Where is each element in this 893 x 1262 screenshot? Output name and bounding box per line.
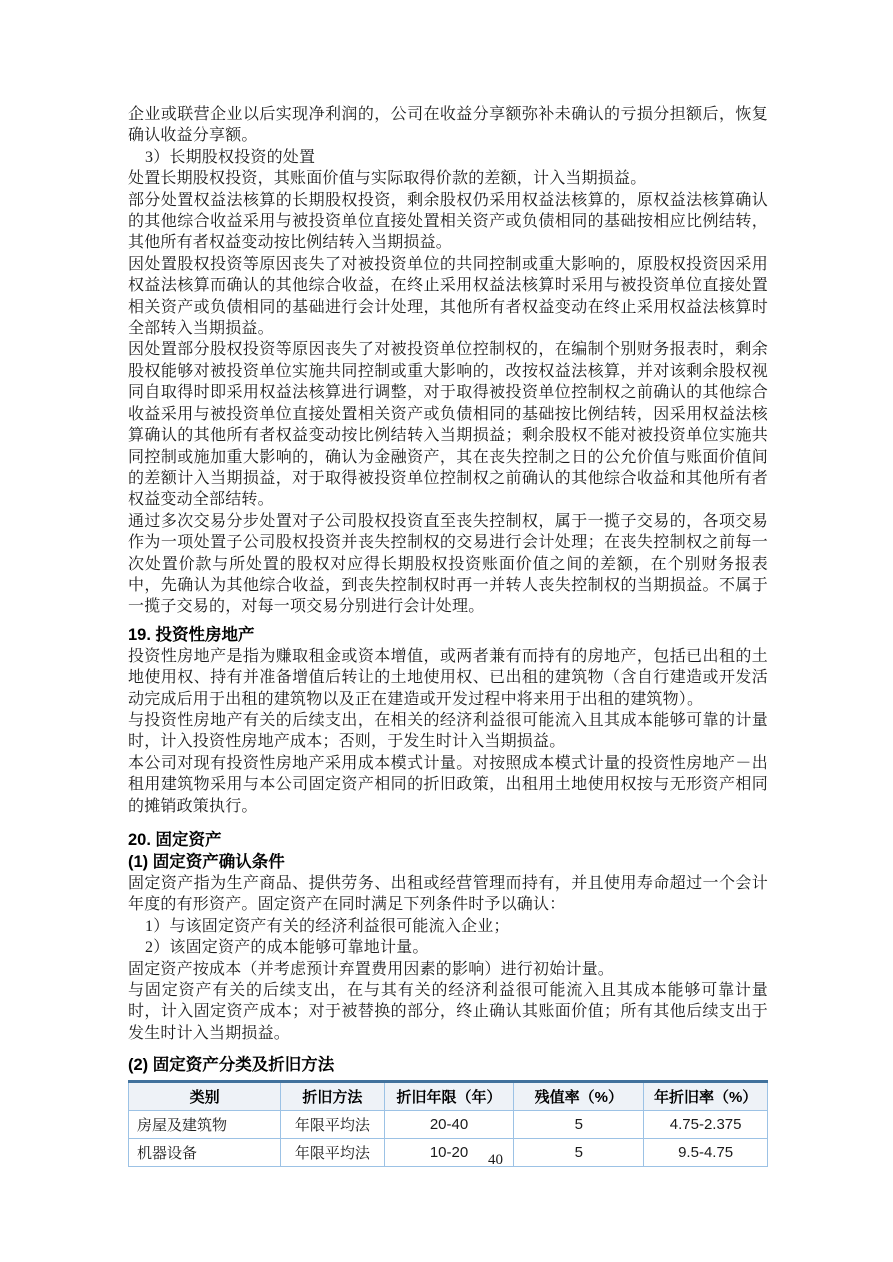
list-item: 3）长期股权投资的处置 (128, 147, 768, 168)
table-header-annual-rate: 年折旧率（%） (644, 1082, 768, 1111)
paragraph: 部分处置权益法核算的长期股权投资，剩余股权仍采用权益法核算的，原权益法核算确认的… (128, 190, 768, 254)
list-item: 1）与该固定资产有关的经济利益很可能流入企业； (128, 916, 768, 937)
paragraph: 本公司对现有投资性房地产采用成本模式计量。对按照成本模式计量的投资性房地产－出租… (128, 753, 768, 817)
paragraph: 固定资产按成本（并考虑预计弃置费用因素的影响）进行初始计量。 (128, 959, 768, 980)
document-content: 企业或联营企业以后实现净利润的，公司在收益分享额弥补未确认的亏损分担额后，恢复确… (128, 104, 768, 1167)
table-header-years: 折旧年限（年） (384, 1082, 514, 1111)
paragraph: 与固定资产有关的后续支出，在与其有关的经济利益很可能流入且其成本能够可靠计量时，… (128, 980, 768, 1044)
cell-category: 机器设备 (129, 1139, 281, 1167)
table-header-method: 折旧方法 (281, 1082, 384, 1111)
table-header-row: 类别 折旧方法 折旧年限（年） 残值率（%） 年折旧率（%） (129, 1082, 768, 1111)
cell-residual-rate: 5 (514, 1139, 644, 1167)
cell-annual-rate: 9.5-4.75 (644, 1139, 768, 1167)
subsection-heading-20-2: (2) 固定资产分类及折旧方法 (128, 1054, 768, 1076)
paragraph: 企业或联营企业以后实现净利润的，公司在收益分享额弥补未确认的亏损分担额后，恢复确… (128, 104, 768, 147)
table-header-residual-rate: 残值率（%） (514, 1082, 644, 1111)
cell-annual-rate: 4.75-2.375 (644, 1111, 768, 1139)
cell-method: 年限平均法 (281, 1111, 384, 1139)
page-number: 40 (488, 1152, 503, 1169)
cell-category: 房屋及建筑物 (129, 1111, 281, 1139)
table-header-category: 类别 (129, 1082, 281, 1111)
document-page: 企业或联营企业以后实现净利润的，公司在收益分享额弥补未确认的亏损分担额后，恢复确… (0, 0, 893, 1262)
paragraph: 与投资性房地产有关的后续支出，在相关的经济利益很可能流入且其成本能够可靠的计量时… (128, 710, 768, 753)
cell-years: 20-40 (384, 1111, 514, 1139)
table-row: 机器设备 年限平均法 10-20 5 9.5-4.75 (129, 1139, 768, 1167)
paragraph: 因处置股权投资等原因丧失了对被投资单位的共同控制或重大影响的，原股权投资因采用权… (128, 254, 768, 340)
paragraph: 通过多次交易分步处置对子公司股权投资直至丧失控制权，属于一揽子交易的，各项交易作… (128, 511, 768, 618)
paragraph: 处置长期股权投资，其账面价值与实际取得价款的差额，计入当期损益。 (128, 168, 768, 189)
cell-method: 年限平均法 (281, 1139, 384, 1167)
table-row: 房屋及建筑物 年限平均法 20-40 5 4.75-2.375 (129, 1111, 768, 1139)
section-heading-19: 19. 投资性房地产 (128, 624, 768, 646)
depreciation-table: 类别 折旧方法 折旧年限（年） 残值率（%） 年折旧率（%） 房屋及建筑物 年限… (128, 1080, 768, 1167)
cell-residual-rate: 5 (514, 1111, 644, 1139)
subsection-heading-20-1: (1) 固定资产确认条件 (128, 851, 768, 873)
paragraph: 投资性房地产是指为赚取租金或资本增值，或两者兼有而持有的房地产，包括已出租的土地… (128, 646, 768, 710)
list-item: 2）该固定资产的成本能够可靠地计量。 (128, 937, 768, 958)
paragraph: 因处置部分股权投资等原因丧失了对被投资单位控制权的，在编制个别财务报表时，剩余股… (128, 339, 768, 510)
paragraph: 固定资产指为生产商品、提供劳务、出租或经营管理而持有，并且使用寿命超过一个会计年… (128, 873, 768, 916)
section-heading-20: 20. 固定资产 (128, 829, 768, 851)
